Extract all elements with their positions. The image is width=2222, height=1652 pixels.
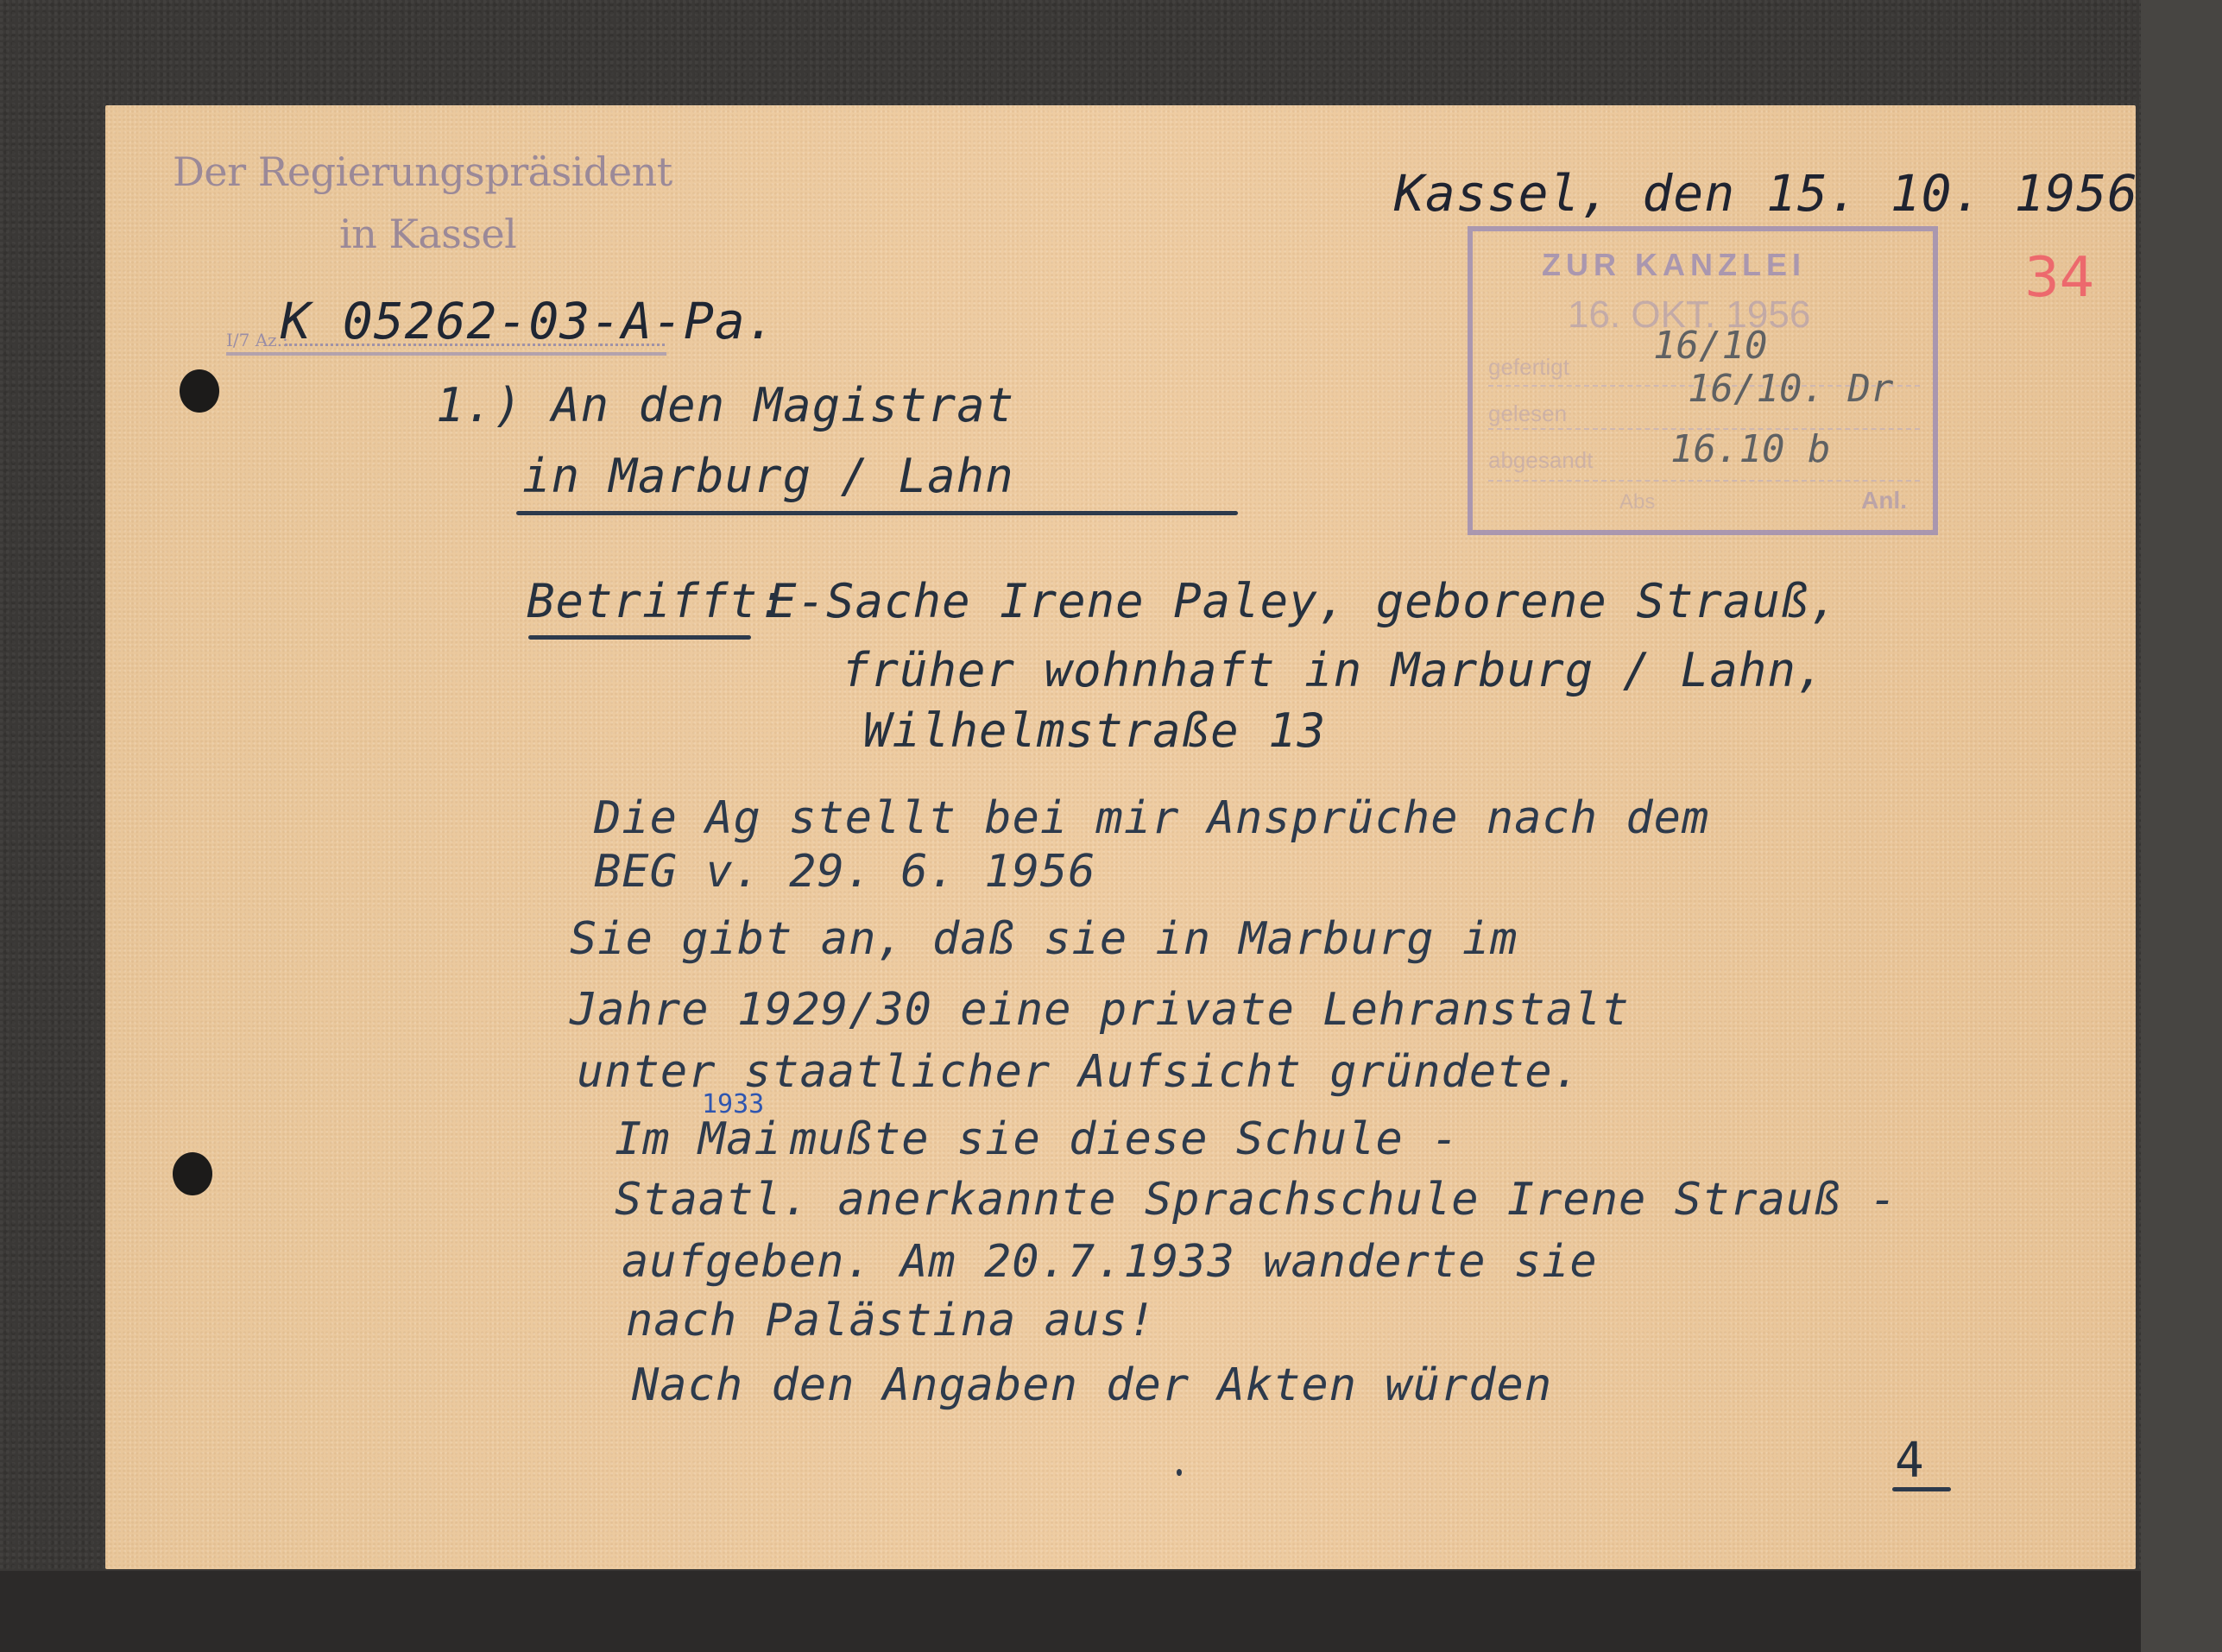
inserted-year-note: 1933 xyxy=(702,1089,764,1119)
body-line-3: Sie gibt an, daß sie in Marburg im xyxy=(570,913,1518,965)
body-line-1: Die Ag stellt bei mir Ansprüche nach dem xyxy=(594,792,1709,844)
folder-backing-shadow xyxy=(0,1571,2141,1652)
body-line-8: aufgeben. Am 20.7.1933 wanderte sie xyxy=(622,1236,1598,1288)
recipient-line-2: in Marburg / Lahn xyxy=(522,449,1014,503)
subject-line-1: E-Sache Irene Paley, geborene Strauß, xyxy=(768,574,1839,628)
pencil-entry-3: 16.10 b xyxy=(1670,427,1830,471)
stamp-field-gefertigt: gefertigt xyxy=(1488,354,1569,381)
letterhead-line-2: in Kassel xyxy=(339,214,516,254)
stamp-rule-3 xyxy=(1488,480,1920,482)
body-line-10: Nach den Angaben der Akten würden xyxy=(632,1359,1552,1411)
page-marker-underline xyxy=(1892,1487,1951,1491)
punch-hole-bottom xyxy=(173,1152,212,1195)
reference-number: K 05262-03-A-Pa. xyxy=(281,292,777,350)
subject-label-underline xyxy=(528,635,751,640)
reference-rule xyxy=(226,352,666,356)
punch-hole-top xyxy=(180,369,219,413)
body-line-6b: mußte sie diese Schule - xyxy=(790,1113,1459,1165)
stamp-footer-abs: Abs xyxy=(1619,490,1655,514)
stamp-footer-anl: Anl. xyxy=(1861,487,1907,514)
page-marker: 4 xyxy=(1895,1433,1925,1489)
stamp-field-gelesen: gelesen xyxy=(1488,400,1567,427)
reference-label: I/7 Az.: xyxy=(226,330,288,350)
subject-line-2: früher wohnhaft in Marburg / Lahn, xyxy=(842,643,1825,697)
stamp-title: ZUR KANZLEI xyxy=(1542,247,1806,283)
body-line-6a: Im Mai xyxy=(615,1113,782,1165)
folio-number: 34 xyxy=(2024,246,2094,310)
subject-label: Betrifft: xyxy=(527,574,787,628)
body-line-7: Staatl. anerkannte Sprachschule Irene St… xyxy=(615,1174,1897,1226)
recipient-underline xyxy=(516,511,1238,515)
body-line-2: BEG v. 29. 6. 1956 xyxy=(594,846,1096,898)
recipient-line-1: 1.) An den Magistrat xyxy=(436,378,1014,432)
pencil-entry-2: 16/10. Dr xyxy=(1688,367,1893,411)
letterhead-line-1: Der Regierungspräsident xyxy=(173,152,672,192)
stamp-field-abgesandt: abgesandt xyxy=(1488,447,1593,474)
place-date: Kassel, den 15. 10. 1956 xyxy=(1394,164,2138,223)
subject-line-3: Wilhelmstraße 13 xyxy=(863,703,1326,758)
body-line-4: Jahre 1929/30 eine private Lehranstalt xyxy=(570,984,1630,1036)
ink-dot xyxy=(1177,1469,1182,1476)
folder-backing-edge xyxy=(2141,0,2222,1652)
body-line-9: nach Palästina aus! xyxy=(626,1295,1156,1346)
pencil-entry-1: 16/10 xyxy=(1653,324,1767,368)
